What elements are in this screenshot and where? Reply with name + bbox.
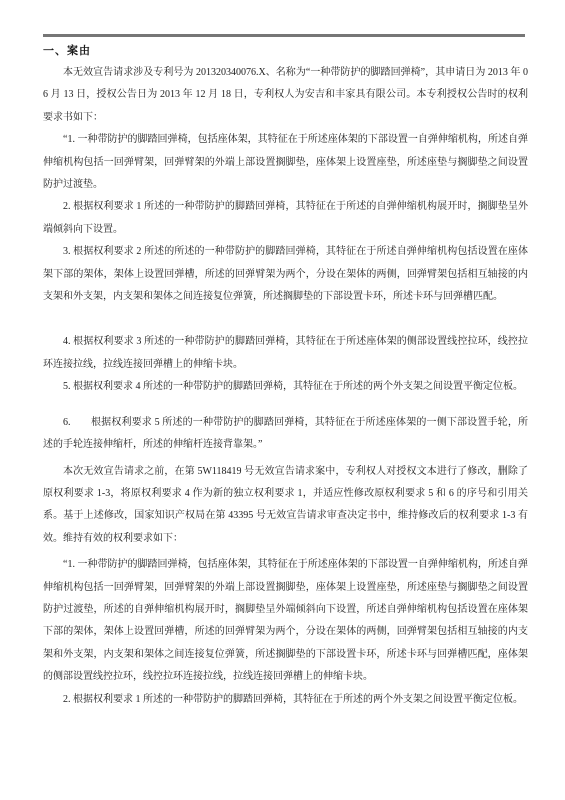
header-rule [43,34,525,37]
document-content: 一、案由 本无效宣告请求涉及专利号为 201320340076.X、名称为“一种… [43,34,528,711]
section-heading: 一、案由 [43,40,528,62]
paragraph-amendment-history: 本次无效宣告请求之前，在第 5W118419 号无效宣告请求案中，专利权人对授权… [43,461,528,551]
paragraph-case-intro: 本无效宣告请求涉及专利号为 201320340076.X、名称为“一种带防护的脚… [43,62,528,129]
paragraph-original-claim-6: 6. 根据权利要求 5 所述的一种带防护的脚踏回弹椅，其特征在于所述座体架的一侧… [43,412,528,457]
paragraph-maintained-claim-2: 2. 根据权利要求 1 所述的一种带防护的脚踏回弹椅，其特征在于所述的两个外支架… [43,689,528,711]
paragraph-original-claim-4: 4. 根据权利要求 3 所述的一种带防护的脚踏回弹椅，其特征在于所述座体架的侧部… [43,331,528,376]
paragraph-original-claim-2: 2. 根据权利要求 1 所述的一种带防护的脚踏回弹椅，其特征在于所述的自弹伸缩机… [43,196,528,241]
paragraph-maintained-claim-1: “1. 一种带防护的脚踏回弹椅，包括座体架，其特征在于所述座体架的下部设置一自弹… [43,554,528,688]
paragraph-original-claim-1: “1. 一种带防护的脚踏回弹椅，包括座体架，其特征在于所述座体架的下部设置一自弹… [43,129,528,196]
paragraph-original-claim-5: 5. 根据权利要求 4 所述的一种带防护的脚踏回弹椅，其特征在于所述的两个外支架… [43,376,528,398]
paragraph-original-claim-3: 3. 根据权利要求 2 所述的所述的一种带防护的脚踏回弹椅，其特征在于所述自弹伸… [43,241,528,308]
document-page: 一、案由 本无效宣告请求涉及专利号为 201320340076.X、名称为“一种… [0,0,565,800]
